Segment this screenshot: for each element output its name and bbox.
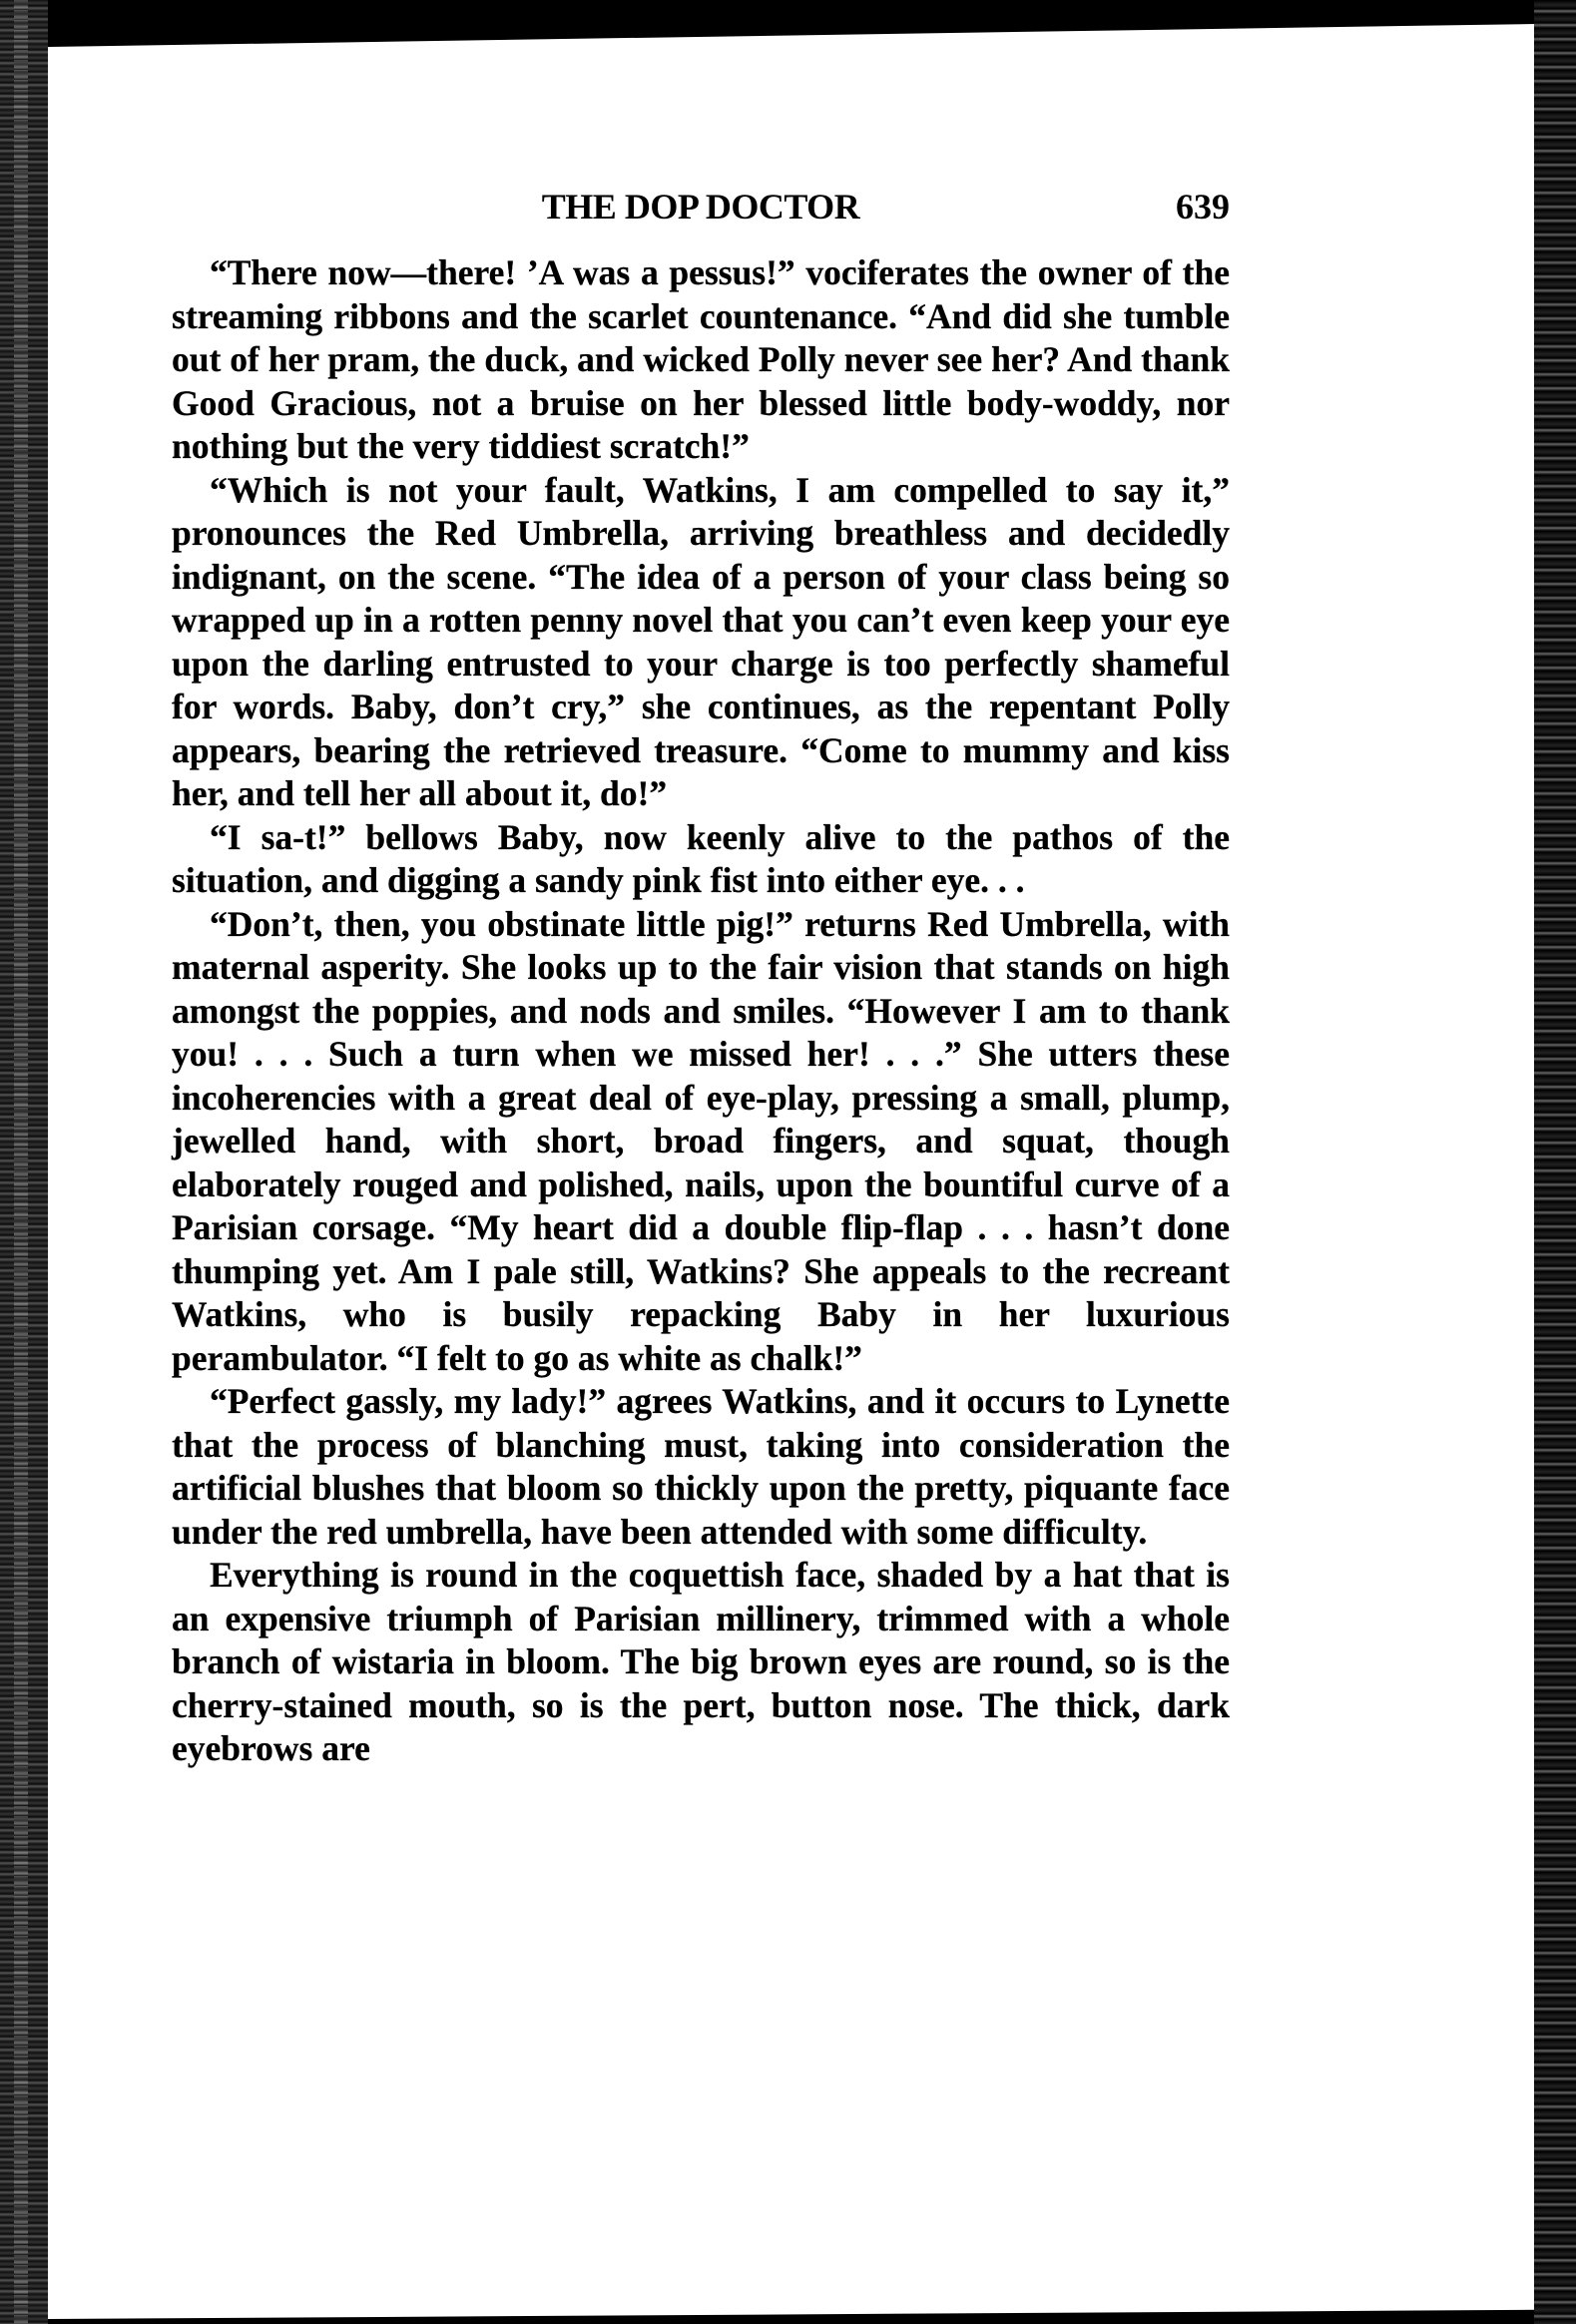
paragraph: “Don’t, then, you obstinate little pig!”… — [172, 903, 1230, 1381]
running-header: THE DOP DOCTOR 639 — [172, 182, 1230, 232]
paragraph: “Perfect gassly, my lady!” agrees Watkin… — [172, 1380, 1230, 1554]
book-spine-edge — [0, 0, 48, 2324]
page-number: 639 — [1176, 186, 1230, 228]
paragraph: “There now—there! ’A was a pessus!” voci… — [172, 251, 1230, 469]
paragraph: Everything is round in the coquettish fa… — [172, 1554, 1230, 1771]
paragraph: “I sa-t!” bellows Baby, now keenly alive… — [172, 816, 1230, 903]
paragraph: “Which is not your fault, Watkins, I am … — [172, 469, 1230, 816]
running-title: THE DOP DOCTOR — [172, 186, 1230, 228]
page-fore-edge — [1534, 0, 1576, 2324]
body-text: “There now—there! ’A was a pessus!” voci… — [172, 251, 1230, 1771]
